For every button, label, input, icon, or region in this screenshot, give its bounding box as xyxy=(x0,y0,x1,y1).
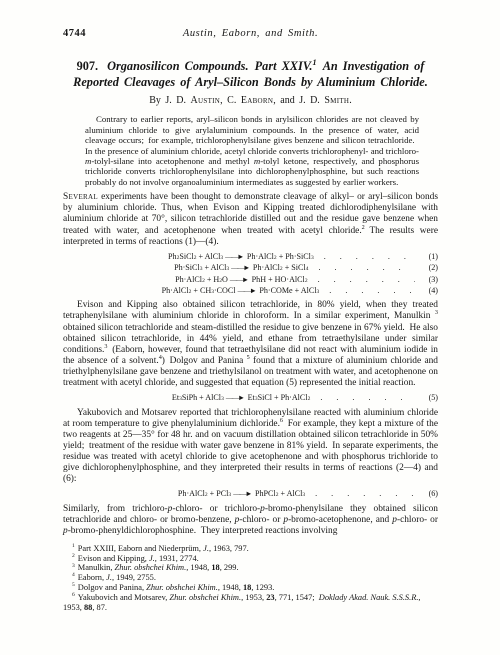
equation-formula: Et3SiPh + AlCl3 ——► Et3SiCl + Ph·AlCl2 xyxy=(172,392,310,403)
footnote-text: Dolgov and Panina, Zhur. obshchei Khim.,… xyxy=(78,583,275,592)
equation-number: (5) xyxy=(420,392,438,403)
equation-row: Ph·SiCl3 + AlCl3 ——► Ph·AlCl2 + SiCl4. .… xyxy=(63,262,438,273)
footnotes: 1Part XXIII, Eaborn and Niederprüm, J., … xyxy=(63,544,438,613)
footnote-marker: 4 xyxy=(72,572,75,578)
paragraph-4: Similarly, from trichloro-p-chloro- or t… xyxy=(63,504,438,537)
equation-number: (2) xyxy=(420,262,438,273)
footnote-text: Manulkin, Zhur. obshchei Khim., 1948, 18… xyxy=(78,563,239,572)
equation-formula: Ph·AlCl2 + PCl3 ——► PhPCl2 + AlCl3 xyxy=(178,488,305,499)
equation-row: Ph·AlCl2 + H2O ——► PhH + HO·AlCl2. . . .… xyxy=(63,274,438,285)
equation-dot-leader: . . . . . . . . . . . xyxy=(318,262,415,273)
footnote-text: Part XXIII, Eaborn and Niederprüm, J., 1… xyxy=(78,544,249,553)
reaction-arrow-icon: ——► xyxy=(230,275,250,284)
reaction-arrow-icon: ——► xyxy=(231,263,251,272)
footnote-marker: 2 xyxy=(72,553,75,559)
paragraph-3: Yakubovich and Motsarev reported that tr… xyxy=(63,408,438,486)
footnote-item: 5Dolgov and Panina, Zhur. obshchei Khim.… xyxy=(63,583,438,593)
equation-row: Ph·AlCl2 + PCl3 ——► PhPCl2 + AlCl3. . . … xyxy=(63,488,438,499)
paragraph-2: Evison and Kipping also obtained silicon… xyxy=(63,300,438,389)
footnote-marker: 3 xyxy=(72,563,75,569)
equation-number: (4) xyxy=(420,285,438,296)
equation-formula: Ph2SiCl2 + AlCl3 ——► Ph·AlCl2 + Ph·SiCl3 xyxy=(168,251,314,262)
footnote-item: 2Evison and Kipping, J., 1931, 2774. xyxy=(63,554,438,564)
equation-block-1: Ph2SiCl2 + AlCl3 ——► Ph·AlCl2 + Ph·SiCl3… xyxy=(63,251,438,297)
footnote-text: Eaborn, J., 1949, 2755. xyxy=(78,573,156,582)
equation-block-2: Et3SiPh + AlCl3 ——► Et3SiCl + Ph·AlCl2. … xyxy=(63,392,438,403)
footnote-marker: 5 xyxy=(72,582,75,588)
equation-number: (6) xyxy=(420,488,438,499)
reaction-arrow-icon: ——► xyxy=(226,393,246,402)
equation-dot-leader: . . . . . . . . . . . xyxy=(315,488,415,499)
article-number: 907. xyxy=(77,59,99,73)
equation-number: (1) xyxy=(420,251,438,262)
equation-row: Et3SiPh + AlCl3 ——► Et3SiCl + Ph·AlCl2. … xyxy=(63,392,438,403)
journal-page: 4744 Austin, Eaborn, and Smith. 907.Orga… xyxy=(0,0,500,655)
equation-dot-leader: . . . . . . . . . . . xyxy=(318,274,415,285)
equation-formula: Ph·AlCl2 + CH3·COCl ——► Ph·COMe + AlCl3 xyxy=(162,285,320,296)
footnote-marker: 1 xyxy=(72,543,75,549)
equation-row: Ph2SiCl2 + AlCl3 ——► Ph·AlCl2 + Ph·SiCl3… xyxy=(63,251,438,262)
paragraph-1-text: experiments have been thought to demonst… xyxy=(63,192,438,246)
title-block: 907.Organosilicon Compounds. Part XXIV.1… xyxy=(63,58,438,90)
page-number: 4744 xyxy=(63,28,121,39)
paragraph-1-lead: Several xyxy=(63,192,98,202)
equation-block-3: Ph·AlCl2 + PCl3 ——► PhPCl2 + AlCl3. . . … xyxy=(63,488,438,499)
equation-formula: Ph·SiCl3 + AlCl3 ——► Ph·AlCl2 + SiCl4 xyxy=(174,262,308,273)
reaction-arrow-icon: ——► xyxy=(233,489,253,498)
reaction-arrow-icon: ——► xyxy=(238,286,258,295)
equation-number: (3) xyxy=(420,274,438,285)
equation-dot-leader: . . . . . . . . . . . xyxy=(329,285,415,296)
abstract: Contrary to earlier reports, aryl–silico… xyxy=(85,114,419,187)
footnote-item: 1Part XXIII, Eaborn and Niederprüm, J., … xyxy=(63,544,438,554)
article-title: Organosilicon Compounds. Part XXIV.1 An … xyxy=(73,59,428,89)
footnote-item: 6Yakubovich and Motsarev, Zhur. obshchei… xyxy=(63,593,438,613)
equation-formula: Ph·AlCl2 + H2O ——► PhH + HO·AlCl2 xyxy=(175,274,308,285)
byline: By J. D. Austin, C. Eaborn, and J. D. Sm… xyxy=(63,95,438,106)
running-title: Austin, Eaborn, and Smith. xyxy=(121,28,380,39)
equation-row: Ph·AlCl2 + CH3·COCl ——► Ph·COMe + AlCl3.… xyxy=(63,285,438,296)
footnote-marker: 6 xyxy=(72,592,75,598)
footnote-text: Evison and Kipping, J., 1931, 2774. xyxy=(78,554,199,563)
reaction-arrow-icon: ——► xyxy=(225,252,245,261)
paragraph-1: Several experiments have been thought to… xyxy=(63,192,438,247)
equation-dot-leader: . . . . . . . . . . . xyxy=(320,392,415,403)
running-head: 4744 Austin, Eaborn, and Smith. xyxy=(63,28,438,39)
footnote-item: 4Eaborn, J., 1949, 2755. xyxy=(63,573,438,583)
footnote-text: Yakubovich and Motsarev, Zhur. obshchei … xyxy=(63,593,421,612)
equation-dot-leader: . . . . . . . . . . . xyxy=(324,251,415,262)
footnote-item: 3Manulkin, Zhur. obshchei Khim., 1948, 1… xyxy=(63,563,438,573)
